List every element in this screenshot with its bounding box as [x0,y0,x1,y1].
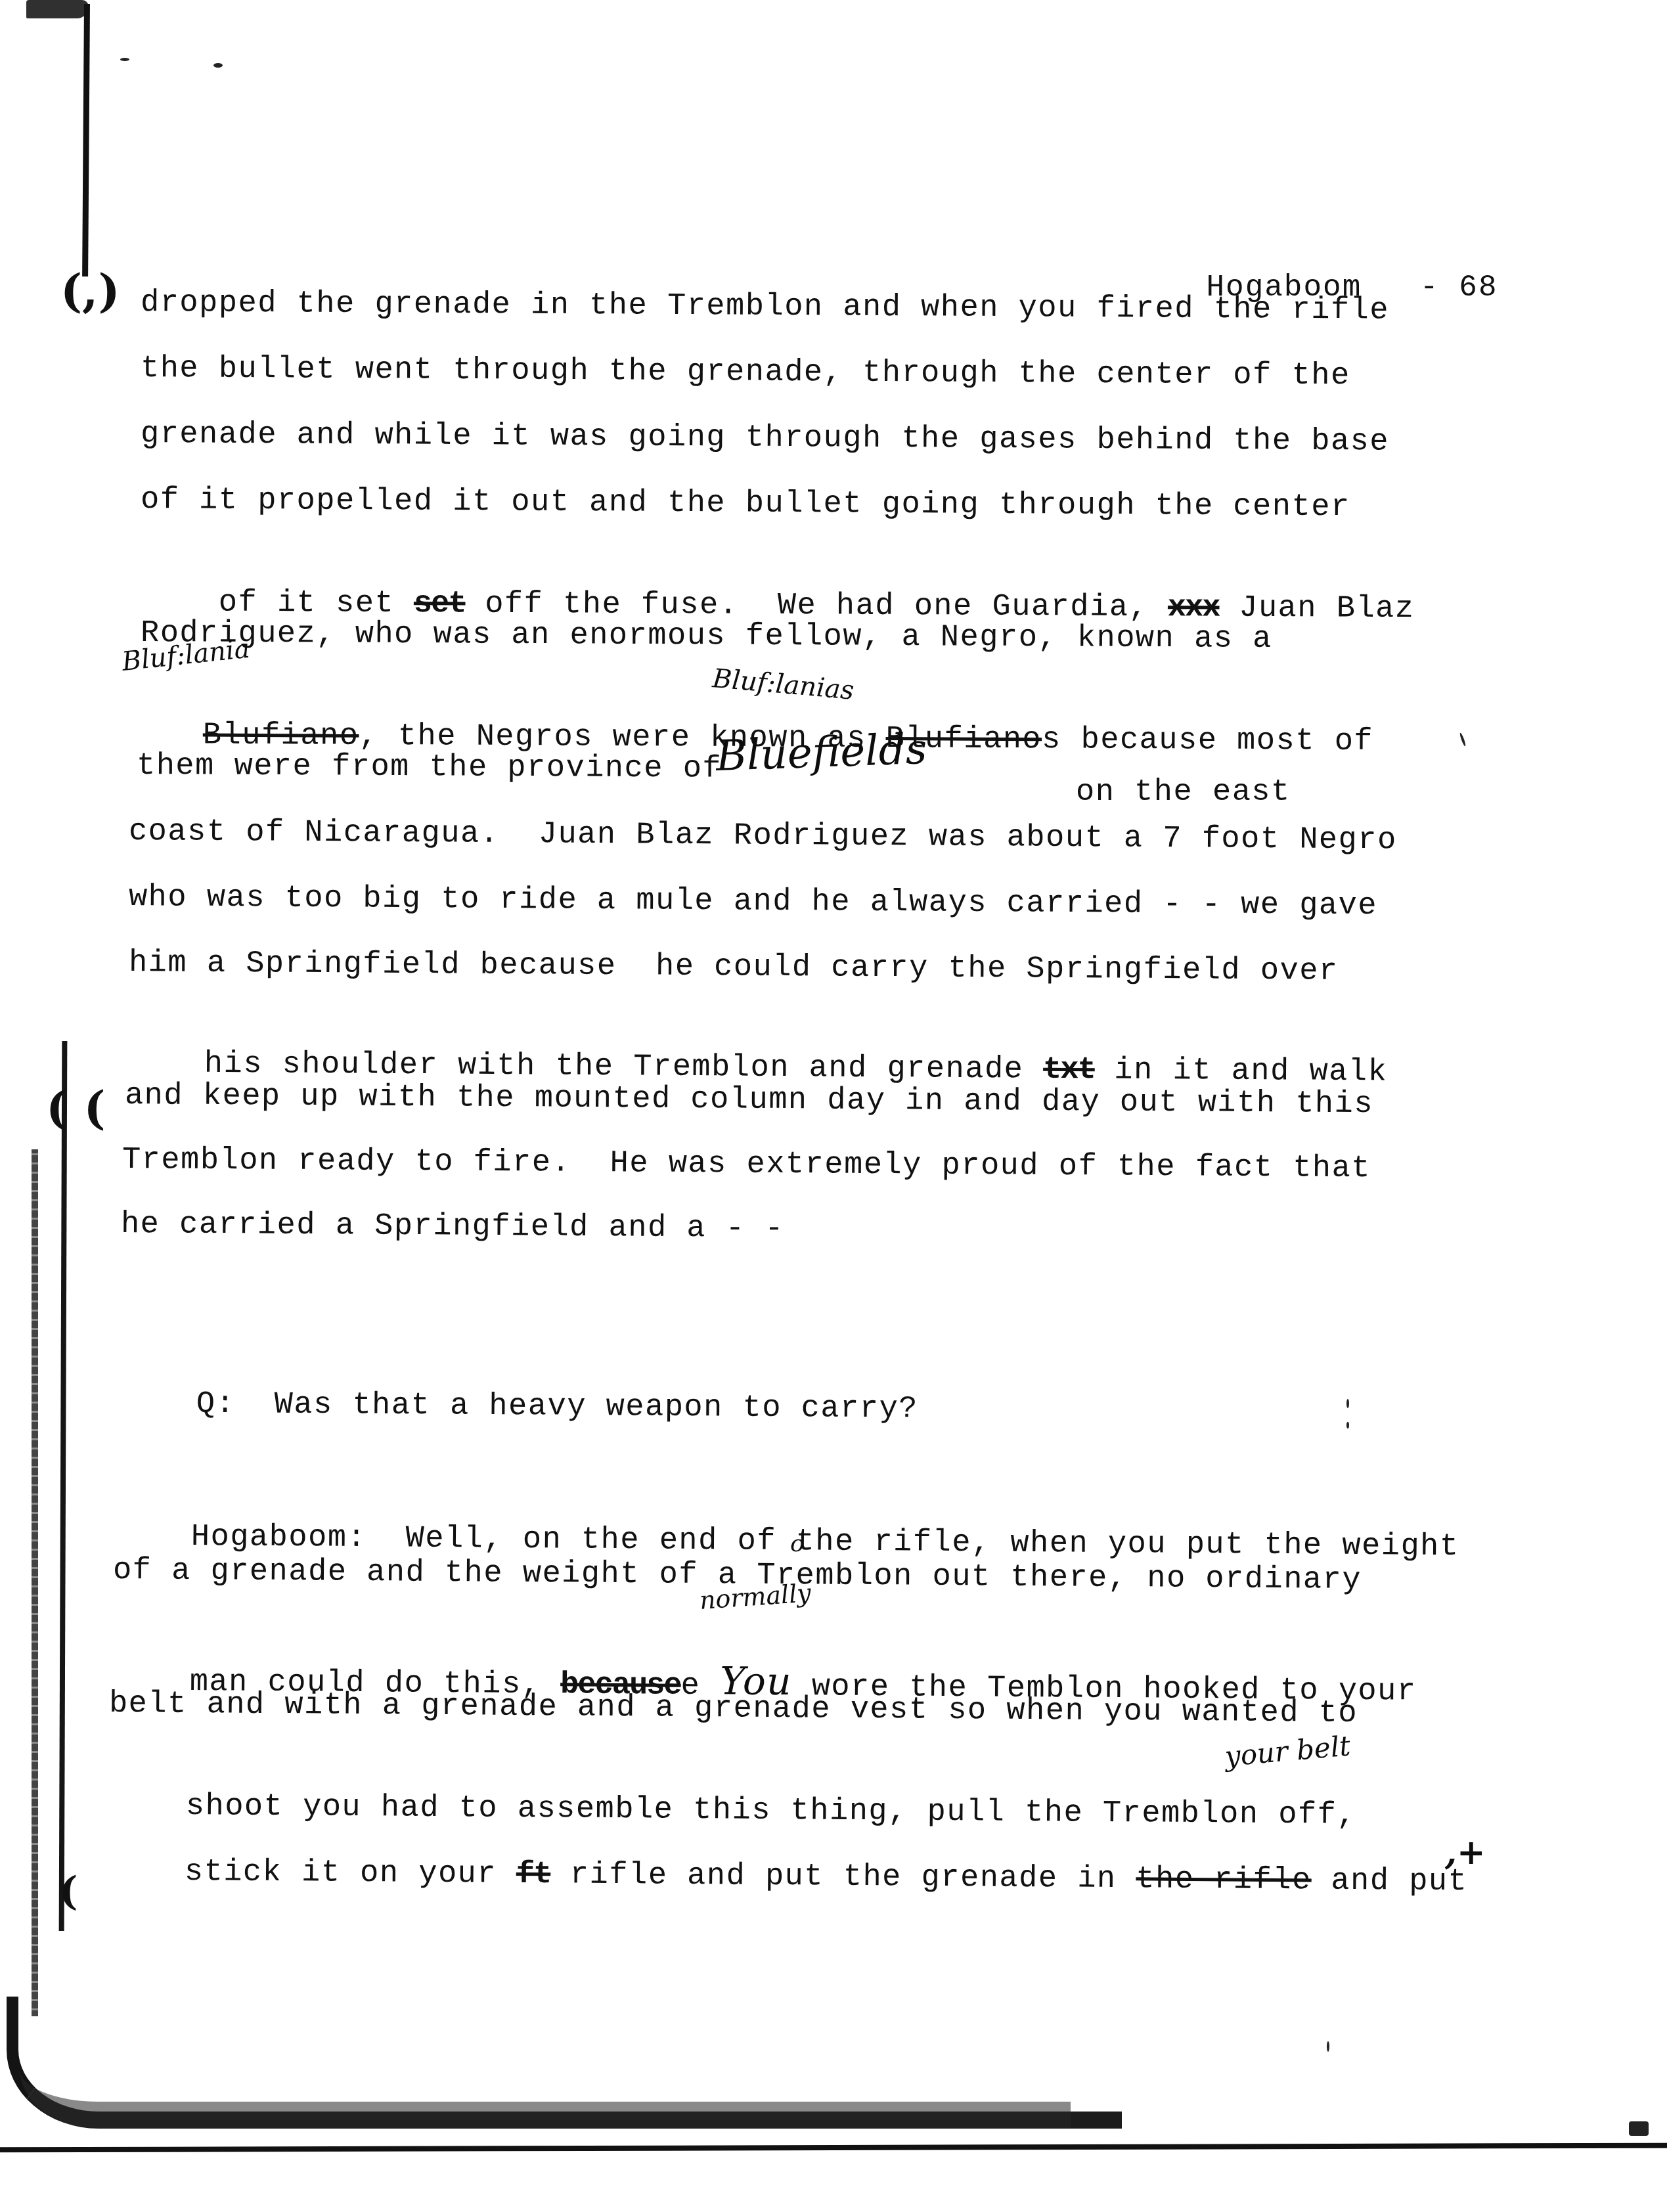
struck-text: ft [516,1857,551,1892]
binding-edge-line [59,1041,68,1931]
margin-mark-middle: ( ( [46,1085,106,1131]
speaker-label: Hogaboom: [191,1520,367,1556]
margin-mark-bottom: ( [59,1872,78,1911]
struck-text: the rifle [1136,1862,1312,1898]
text-line: of it propelled it out and the bullet go… [141,483,1350,525]
struck-text: xxx [1168,590,1220,625]
text-line: dropped the grenade in the Tremblon and … [141,286,1389,328]
text-line: them were from the province of [137,749,722,787]
scanned-document-page: (,) ( ( ( Hogaboom - 68 dropped the gren… [0,0,1667,2212]
page-bottom-edge [0,2143,1667,2153]
text-line: he carried a Springfield and a - - [121,1207,784,1247]
handwritten-insert-mark: ,+ [1445,1832,1486,1872]
question-text: Was that a heavy weapon to carry? [274,1388,918,1427]
scan-speck [1459,732,1466,747]
scan-speck [1327,2041,1329,2052]
question-label: Q: [196,1387,236,1422]
handwritten-insert-o: o [790,1530,805,1557]
header-separator: - [1420,271,1440,305]
text-line: grenade and while it was going through t… [141,417,1389,460]
scan-speck [120,58,129,61]
handwritten-bluefields: Bluefields [715,725,928,781]
text-line: Rodriguez, who was an enormous fellow, a… [141,616,1272,657]
scan-blot [26,0,89,18]
scan-speck [1629,2121,1649,2136]
text-line: stick it on your ft rifle and put the gr… [106,1819,1468,1934]
interviewer-question: Q: Was that a heavy weapon to carry? [118,1352,918,1461]
scan-speck [1346,1422,1349,1428]
text-line: who was too big to ride a mule and he al… [129,880,1377,923]
struck-text: txt [1043,1053,1095,1088]
scan-speck [1346,1399,1349,1408]
page-number: 68 [1459,271,1498,305]
text-line: the bullet went through the grenade, thr… [141,351,1350,393]
text-line: coast of Nicaragua. Juan Blaz Rodriguez … [129,814,1397,858]
margin-mark-top: (,) [60,268,120,314]
text-line: on the east [1076,775,1291,810]
page-edge-shadow [20,2023,1071,2128]
text-line: Tremblon ready to fire. He was extremely… [122,1143,1371,1186]
struck-text: set [414,586,466,621]
scan-speck [213,63,223,68]
binding-edge-line [32,1149,38,2016]
binding-edge-line [82,4,90,276]
text-line: him a Springfield because he could carry… [129,946,1339,989]
